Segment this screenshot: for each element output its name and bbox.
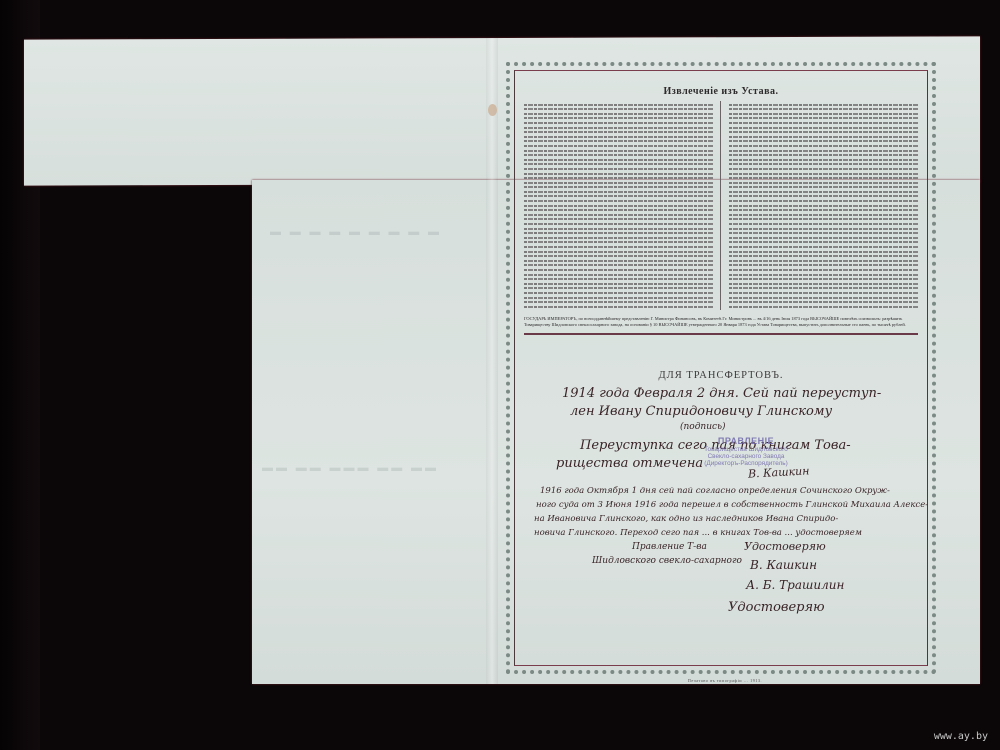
signature: Удостоверяю bbox=[744, 540, 826, 553]
statute-extract: Извлеченіе изъ Устава. ГОСУДАРЬ ИМПЕРАТО… bbox=[518, 74, 924, 335]
signature: В. Кашкин bbox=[750, 558, 817, 572]
handwritten-line: новича Глинского. Переход сего пая ... в… bbox=[534, 528, 862, 538]
company-stamp: ПРАВЛЕНІЕ Товарищества Шидловского Свекл… bbox=[676, 436, 816, 467]
statute-title: Извлеченіе изъ Устава. bbox=[518, 86, 924, 97]
statute-right-column bbox=[729, 101, 919, 310]
bleed-through-text: ▬ ▬ ▬ ▬ ▬ ▬ ▬ ▬ ▬ bbox=[270, 226, 442, 238]
paper-fold bbox=[486, 38, 498, 684]
printer-imprint: Печатано въ типографіи ... 1913. bbox=[610, 678, 840, 683]
handwritten-line: Правление Т-ва bbox=[632, 542, 707, 552]
handwritten-line: 1916 года Октября 1 дня сей пай согласно… bbox=[540, 486, 890, 496]
handwritten-line: ного суда от 3 Июня 1916 года перешел в … bbox=[536, 500, 928, 510]
handwritten-line: (подпись) bbox=[680, 422, 725, 432]
site-watermark: www.ay.by bbox=[934, 731, 988, 742]
signature: Удостоверяю bbox=[728, 600, 825, 615]
signature: А. Б. Трашилин bbox=[746, 578, 844, 592]
bleed-through-text: ▬▬ ▬▬ ▬▬▬ ▬▬ ▬▬ bbox=[262, 462, 439, 474]
stain-mark bbox=[488, 104, 497, 116]
statute-left-column bbox=[524, 101, 721, 310]
handwritten-line: Шидловского свекло-сахарного bbox=[592, 556, 742, 566]
handwritten-line: на Ивановича Глинского, как одно из насл… bbox=[534, 514, 838, 524]
handwritten-line: лен Ивану Спиридоновичу Глинскому bbox=[570, 404, 832, 419]
transfers-heading: ДЛЯ ТРАНСФЕРТОВЪ. bbox=[518, 370, 924, 381]
handwritten-line: 1914 года Февраля 2 дня. Сей пай переуст… bbox=[562, 386, 881, 401]
decree-text: ГОСУДАРЬ ИМПЕРАТОРЪ, по всеподданнѣйшему… bbox=[524, 316, 918, 328]
section-rule bbox=[524, 333, 918, 335]
